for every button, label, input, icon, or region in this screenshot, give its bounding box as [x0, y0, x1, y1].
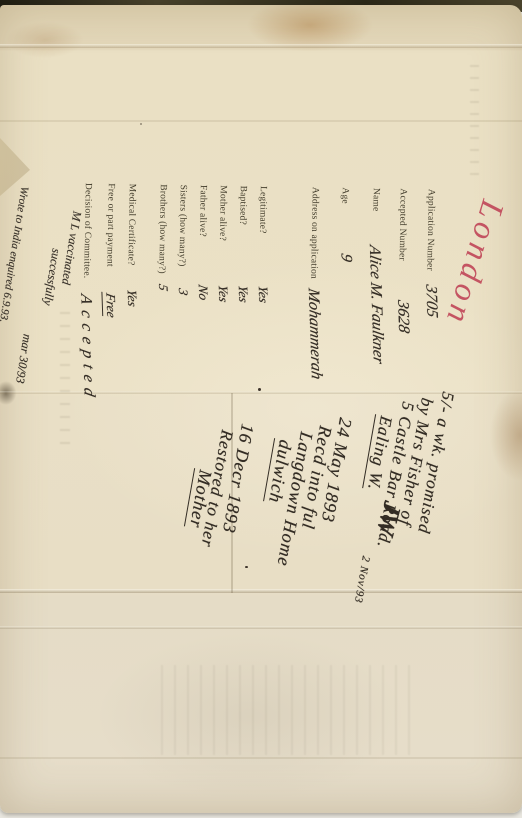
field-label: Medical Certificate?	[125, 184, 137, 290]
field-label: Accepted Number	[396, 188, 408, 300]
field-value-handwritten: 3705	[421, 283, 440, 319]
field-row-baptised: Baptised? Yes	[235, 186, 253, 303]
field-value-handwritten: 9	[337, 252, 355, 263]
scan-page: { "document": { "kind": "handwritten-app…	[0, 0, 522, 818]
field-label: Age	[339, 187, 350, 253]
field-value-handwritten: Yes	[255, 285, 272, 305]
field-value-handwritten: Yes	[215, 284, 232, 304]
field-label: Name	[370, 188, 381, 246]
field-label: Address on application	[308, 187, 320, 289]
field-value-handwritten: No	[195, 283, 211, 301]
field-row-father-alive: Father alive? No	[195, 185, 213, 300]
field-row-application-number: Application Number 3705	[422, 189, 442, 317]
rotated-document-content: London Application Number 3705 Accepted …	[0, 0, 522, 818]
field-row-accepted-number: Accepted Number 3628	[393, 188, 414, 332]
field-value-handwritten: Accepted	[76, 293, 98, 404]
document-paper: London Application Number 3705 Accepted …	[0, 5, 522, 813]
field-label: Decision of Committee.	[81, 183, 93, 295]
field-row-legitimate: Legitimate? Yes	[255, 186, 273, 303]
field-value-handwritten: Yes	[124, 288, 141, 308]
field-label: Application Number	[424, 189, 436, 285]
field-row-sisters: Sisters (how many?) 3	[175, 184, 193, 295]
field-value-handwritten: Yes	[235, 284, 252, 304]
margin-note: mar 30/93	[12, 333, 35, 384]
field-label: Brothers (how many?)	[156, 184, 168, 284]
field-row-mother-alive: Mother alive? Yes	[215, 185, 233, 302]
field-row-age: Age 9	[337, 187, 356, 261]
field-row-payment: Free or part payment Free	[102, 183, 121, 317]
field-row-address: Address on application Mohammerah	[305, 187, 326, 379]
field-label: Father alive?	[196, 185, 208, 285]
field-row-name: Name Alice M. Faulkner	[366, 188, 387, 363]
field-label: Sisters (how many?)	[176, 185, 188, 289]
field-value-handwritten: Alice M. Faulkner	[365, 244, 387, 365]
field-value-handwritten: Mohammerah	[304, 287, 325, 381]
field-label: Free or part payment	[104, 183, 116, 293]
field-row-brothers: Brothers (how many?) 5	[155, 184, 173, 291]
field-value-handwritten: 3	[175, 287, 191, 296]
field-label: Legitimate?	[256, 186, 268, 286]
field-label: Mother alive?	[216, 185, 228, 285]
margin-note: Wrote to India enquired 6.9.93.	[0, 186, 30, 324]
field-value-handwritten: Free	[101, 292, 119, 319]
field-row-medical-certificate: Medical Certificate? Yes	[124, 184, 142, 307]
field-label: Baptised?	[236, 186, 248, 286]
field-value-handwritten: 3628	[393, 299, 412, 335]
field-value-handwritten: 5	[155, 283, 171, 292]
